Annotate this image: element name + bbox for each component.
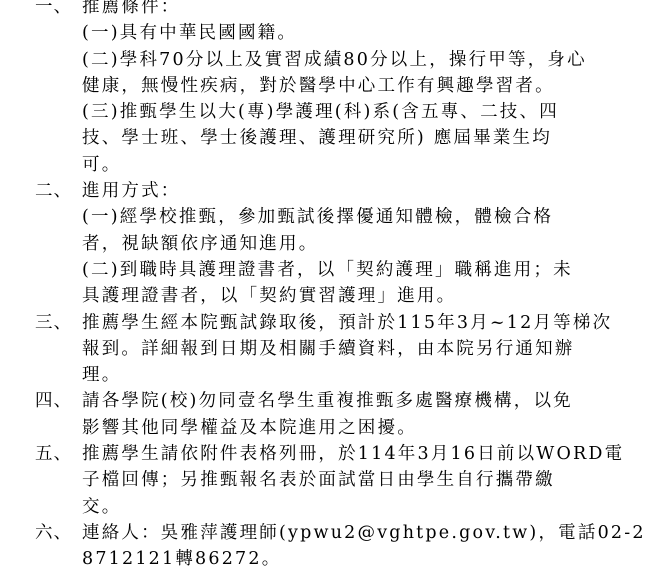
section-body: 推薦學生請依附件表格列冊，於114年3月16日前以WORD電 子檔回傳；另推甄報… — [82, 441, 642, 520]
criteria-item-3-cont: 技、學士班、學士後護理、護理研究所) 應屆畢業生均 — [82, 125, 642, 151]
section-number: 五、 — [35, 441, 81, 467]
section-number: 四、 — [35, 388, 81, 414]
paragraph-line: 影響其他同學權益及本院進用之困擾。 — [82, 415, 642, 441]
section-body: 推薦條件： (一)具有中華民國國籍。 (二)學科70分以上及實習成績80分以上，… — [82, 0, 642, 178]
contact-phone-line: 8712121轉86272。 — [82, 546, 642, 572]
method-item-1: (一)經學校推甄，參加甄試後擇優通知體檢，體檢合格 — [82, 204, 642, 230]
method-item-2: (二)到職時具護理證書者，以「契約護理」職稱進用；未 — [82, 257, 642, 283]
paragraph-line: 請各學院(校)勿同壹名學生重複推甄多處醫療機構，以免 — [82, 388, 642, 414]
criteria-item-3-end: 可。 — [82, 152, 642, 178]
section-3-reporting-schedule: 三、 推薦學生經本院甄試錄取後，預計於115年3月~12月等梯次 報到。詳細報到… — [0, 310, 672, 389]
section-number: 六、 — [35, 520, 81, 546]
section-heading: 進用方式： — [82, 178, 642, 204]
method-item-1-cont: 者，視缺額依序通知進用。 — [82, 231, 642, 257]
section-1-recommendation-criteria: 一、 推薦條件： (一)具有中華民國國籍。 (二)學科70分以上及實習成績80分… — [0, 0, 672, 178]
paragraph-line: 推薦學生請依附件表格列冊，於114年3月16日前以WORD電 — [82, 441, 642, 467]
criteria-item-2: (二)學科70分以上及實習成績80分以上，操行甲等，身心 — [82, 47, 642, 73]
contact-line: 連絡人：吳雅萍護理師(ypwu2@vghtpe.gov.tw)，電話02-2 — [82, 520, 642, 546]
section-heading: 推薦條件： — [82, 0, 642, 20]
section-number: 一、 — [35, 0, 81, 20]
section-body: 連絡人：吳雅萍護理師(ypwu2@vghtpe.gov.tw)，電話02-2 8… — [82, 520, 642, 573]
paragraph-line: 推薦學生經本院甄試錄取後，預計於115年3月~12月等梯次 — [82, 310, 642, 336]
section-number: 三、 — [35, 310, 81, 336]
section-body: 進用方式： (一)經學校推甄，參加甄試後擇優通知體檢，體檢合格 者，視缺額依序通… — [82, 178, 642, 309]
section-2-employment-method: 二、 進用方式： (一)經學校推甄，參加甄試後擇優通知體檢，體檢合格 者，視缺額… — [0, 178, 672, 309]
section-5-submission-instructions: 五、 推薦學生請依附件表格列冊，於114年3月16日前以WORD電 子檔回傳；另… — [0, 441, 672, 520]
criteria-item-1: (一)具有中華民國國籍。 — [82, 20, 642, 46]
method-item-2-cont: 具護理證書者，以「契約實習護理」進用。 — [82, 283, 642, 309]
document-page: 一、 推薦條件： (一)具有中華民國國籍。 (二)學科70分以上及實習成績80分… — [0, 0, 672, 573]
paragraph-line: 報到。詳細報到日期及相關手續資料，由本院另行通知辦 — [82, 336, 642, 362]
section-body: 請各學院(校)勿同壹名學生重複推甄多處醫療機構，以免 影響其他同學權益及本院進用… — [82, 388, 642, 441]
criteria-item-2-cont: 健康，無慢性疾病，對於醫學中心工作有興趣學習者。 — [82, 73, 642, 99]
section-6-contact-person: 六、 連絡人：吳雅萍護理師(ypwu2@vghtpe.gov.tw)，電話02-… — [0, 520, 672, 573]
criteria-item-3: (三)推甄學生以大(專)學護理(科)系(含五專、二技、四 — [82, 99, 642, 125]
section-4-duplicate-recommendation-notice: 四、 請各學院(校)勿同壹名學生重複推甄多處醫療機構，以免 影響其他同學權益及本… — [0, 388, 672, 441]
paragraph-line: 交。 — [82, 494, 642, 520]
paragraph-line: 理。 — [82, 362, 642, 388]
paragraph-line: 子檔回傳；另推甄報名表於面試當日由學生自行攜帶繳 — [82, 467, 642, 493]
section-body: 推薦學生經本院甄試錄取後，預計於115年3月~12月等梯次 報到。詳細報到日期及… — [82, 310, 642, 389]
section-number: 二、 — [35, 178, 81, 204]
